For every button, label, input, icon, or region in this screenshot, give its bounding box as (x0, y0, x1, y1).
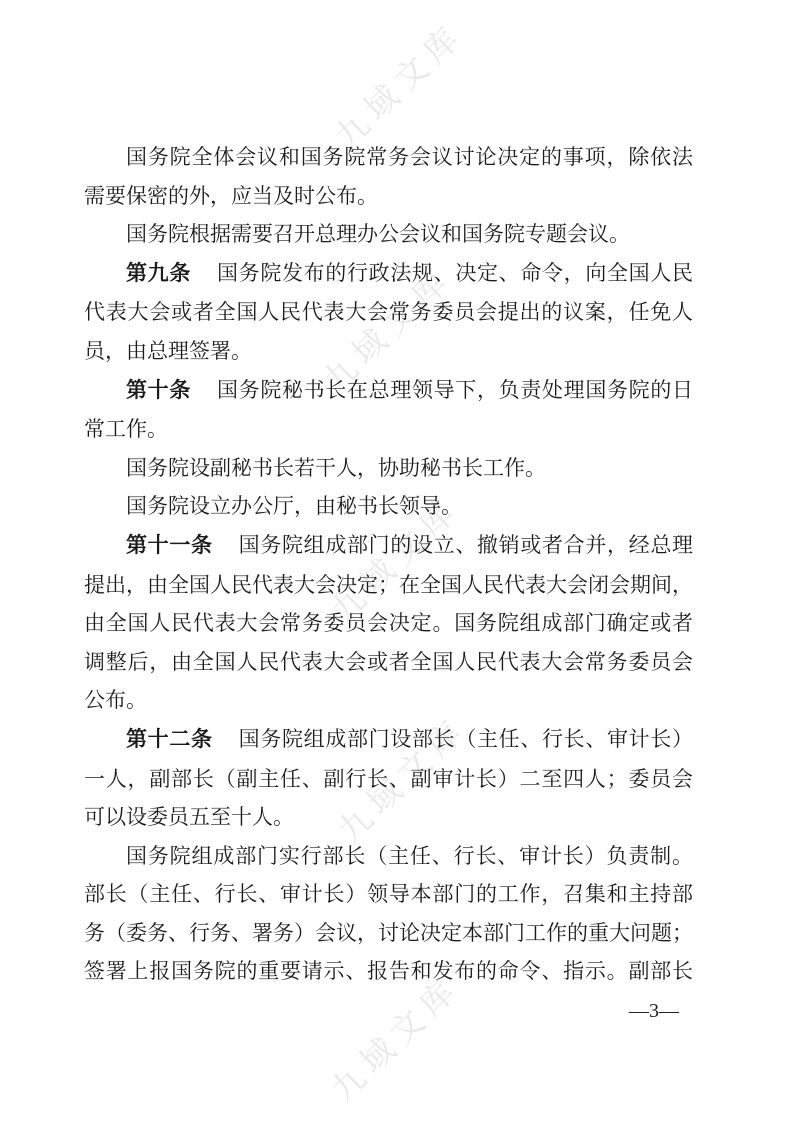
line-text: 提出，由全国人民代表大会决定；在全国人民代表大会闭会期间， (84, 573, 693, 597)
line-text: 国务院根据需要召开总理办公会议和国务院专题会议。 (126, 222, 630, 246)
line-text: 国务院组成部门实行部长（主任、行长、审计长）负责制。 (126, 844, 693, 868)
text-line: 由全国人民代表大会常务委员会决定。国务院组成部门确定或者 (84, 604, 693, 643)
text-line: 常工作。 (84, 410, 693, 449)
text-line: 可以设委员五至十人。 (84, 798, 693, 837)
text-line: 一人，副部长（副主任、副行长、副审计长）二至四人；委员会 (84, 760, 693, 799)
text-line: 公布。 (84, 681, 693, 720)
text-line: 国务院根据需要召开总理办公会议和国务院专题会议。 (84, 215, 693, 254)
article-number: 第十条 (126, 379, 191, 402)
document-body: 国务院全体会议和国务院常务会议讨论决定的事项，除依法需要保密的外，应当及时公布。… (84, 138, 693, 991)
line-text: 部长（主任、行长、审计长）领导本部门的工作，召集和主持部 (84, 882, 693, 906)
text-line: 调整后，由全国人民代表大会或者全国人民代表大会常务委员会 (84, 643, 693, 682)
text-line: 部长（主任、行长、审计长）领导本部门的工作，召集和主持部 (84, 875, 693, 914)
text-line: 国务院全体会议和国务院常务会议讨论决定的事项，除依法 (84, 138, 693, 177)
text-line: 第十二条国务院组成部门设部长（主任、行长、审计长） (84, 720, 693, 760)
line-text: 国务院发布的行政法规、决定、命令，向全国人民 (217, 261, 693, 285)
text-line: 国务院设副秘书长若干人，协助秘书长工作。 (84, 449, 693, 488)
document-page: 九域文库 九域文库 九域文库 九域文库 九域文库 国务院全体会议和国务院常务会议… (0, 0, 793, 1122)
line-text: 国务院设立办公厅，由秘书长领导。 (126, 494, 462, 518)
line-text: 一人，副部长（副主任、副行长、副审计长）二至四人；委员会 (84, 767, 693, 791)
line-text: 国务院秘书长在总理领导下，负责处理国务院的日 (217, 378, 693, 402)
text-line: 第九条国务院发布的行政法规、决定、命令，向全国人民 (84, 254, 693, 294)
line-text: 国务院设副秘书长若干人，协助秘书长工作。 (126, 456, 546, 480)
watermark-text: 九域文库 (323, 10, 474, 158)
line-text: 公布。 (84, 688, 147, 712)
text-line: 第十条国务院秘书长在总理领导下，负责处理国务院的日 (84, 371, 693, 411)
line-text: 常工作。 (84, 417, 168, 441)
article-number: 第十一条 (126, 534, 213, 557)
text-line: 提出，由全国人民代表大会决定；在全国人民代表大会闭会期间， (84, 566, 693, 605)
line-text: 国务院组成部门设部长（主任、行长、审计长） (239, 727, 693, 751)
line-text: 国务院组成部门的设立、撤销或者合并，经总理 (239, 533, 693, 557)
text-line: 务（委务、行务、署务）会议，讨论决定本部门工作的重大问题； (84, 914, 693, 953)
line-text: 由全国人民代表大会常务委员会决定。国务院组成部门确定或者 (84, 611, 693, 635)
text-line: 员，由总理签署。 (84, 332, 693, 371)
line-text: 需要保密的外，应当及时公布。 (84, 184, 378, 208)
line-text: 员，由总理签署。 (84, 339, 252, 363)
text-line: 需要保密的外，应当及时公布。 (84, 177, 693, 216)
text-line: 第十一条国务院组成部门的设立、撤销或者合并，经总理 (84, 526, 693, 566)
line-text: 调整后，由全国人民代表大会或者全国人民代表大会常务委员会 (84, 650, 693, 674)
text-line: 国务院组成部门实行部长（主任、行长、审计长）负责制。 (84, 837, 693, 876)
text-line: 代表大会或者全国人民代表大会常务委员会提出的议案，任免人 (84, 293, 693, 332)
page-number: —3— (629, 1000, 679, 1023)
line-text: 务（委务、行务、署务）会议，讨论决定本部门工作的重大问题； (84, 921, 693, 945)
article-number: 第九条 (126, 262, 191, 285)
line-text: 国务院全体会议和国务院常务会议讨论决定的事项，除依法 (126, 145, 693, 169)
text-line: 国务院设立办公厅，由秘书长领导。 (84, 487, 693, 526)
text-line: 签署上报国务院的重要请示、报告和发布的命令、指示。副部长 (84, 952, 693, 991)
article-number: 第十二条 (126, 728, 213, 751)
line-text: 签署上报国务院的重要请示、报告和发布的命令、指示。副部长 (84, 959, 693, 983)
line-text: 可以设委员五至十人。 (84, 805, 294, 829)
line-text: 代表大会或者全国人民代表大会常务委员会提出的议案，任免人 (84, 300, 693, 324)
